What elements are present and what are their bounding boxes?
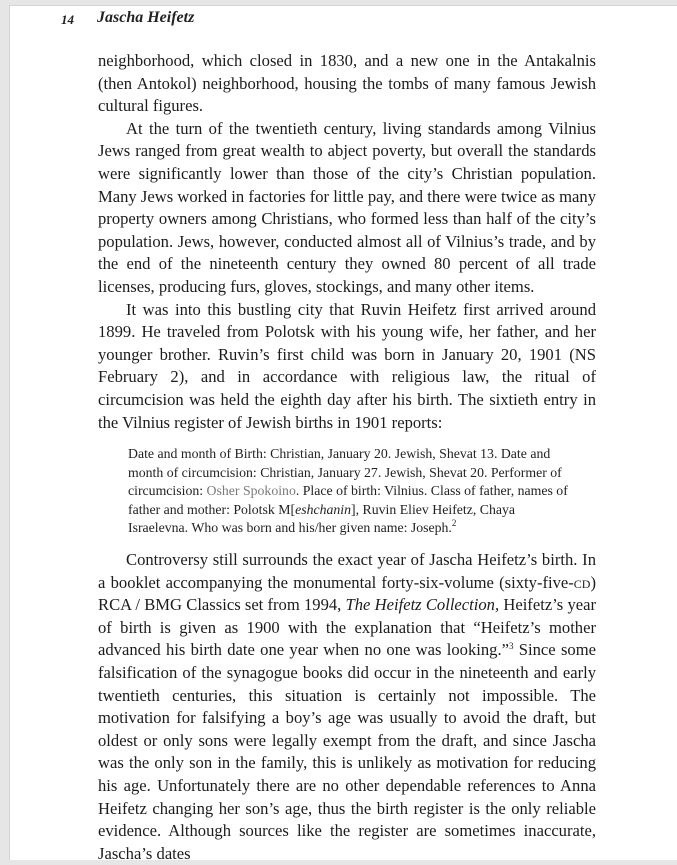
footnote-ref-2[interactable]: 2 bbox=[452, 518, 457, 528]
italic-collection-title: The Heifetz Collection, bbox=[346, 595, 500, 614]
italic-term: eshchanin bbox=[295, 502, 351, 517]
body-text: neighborhood, which closed in 1830, and … bbox=[98, 50, 596, 859]
running-head: 14 Jascha Heifetz bbox=[10, 9, 610, 29]
birth-register-quote: Date and month of Birth: Christian, Janu… bbox=[128, 445, 568, 538]
paragraph-living-standards: At the turn of the twentieth century, li… bbox=[98, 118, 596, 299]
running-title: Jascha Heifetz bbox=[97, 9, 194, 27]
controversy-text-4: Since some falsification of the synagogu… bbox=[98, 640, 596, 859]
controversy-text-1: Controversy still surrounds the exact ye… bbox=[98, 550, 596, 592]
highlighted-name: Osher Spokoino bbox=[207, 483, 296, 498]
page-number: 14 bbox=[61, 12, 74, 28]
smallcaps-cd: cd bbox=[574, 573, 591, 592]
book-page: 14 Jascha Heifetz neighborhood, which cl… bbox=[9, 5, 677, 859]
paragraph-ruvin-arrival: It was into this bustling city that Ruvi… bbox=[98, 299, 596, 435]
paragraph-continued: neighborhood, which closed in 1830, and … bbox=[98, 50, 596, 118]
paragraph-controversy: Controversy still surrounds the exact ye… bbox=[98, 549, 596, 859]
